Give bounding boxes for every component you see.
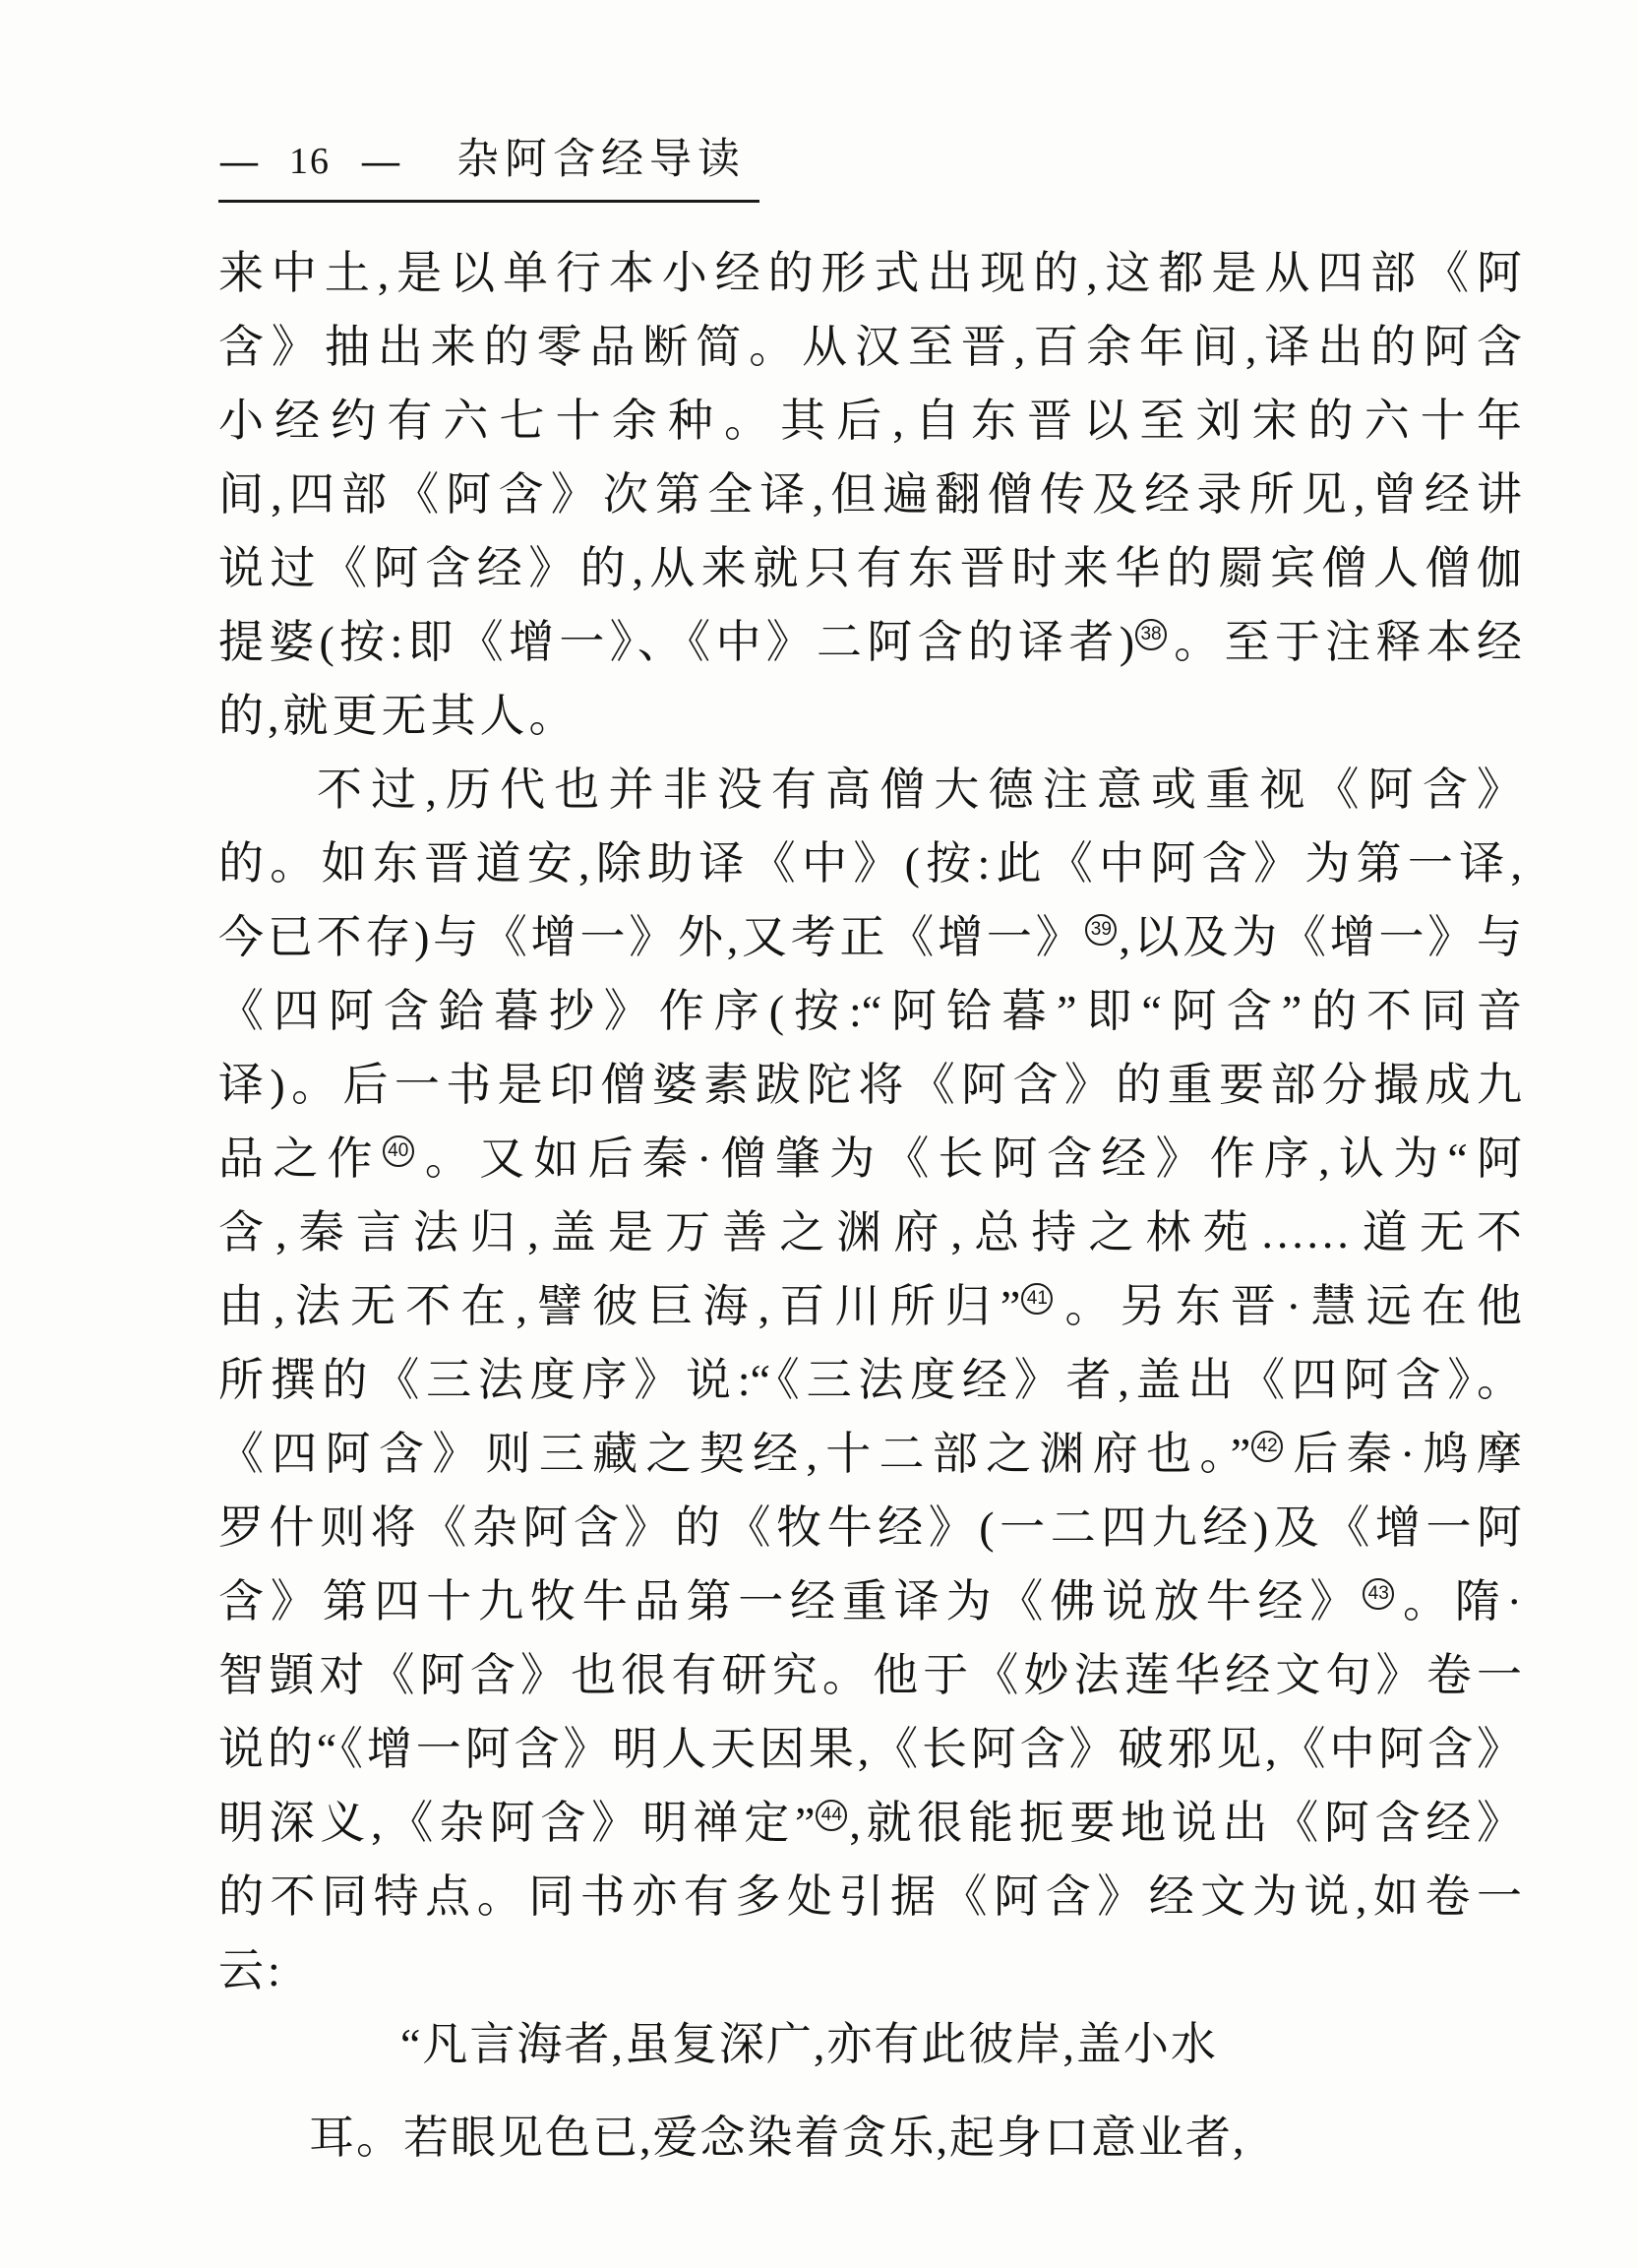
text-line: 云: xyxy=(218,1933,1522,2007)
text-line: 所撰的《三法度序》说:“《三法度经》者,盖出《四阿含》。 xyxy=(218,1343,1522,1417)
text-line: 《四阿含鉿暮抄》作序(按:“阿铪暮”即“阿含”的不同音 xyxy=(218,974,1522,1048)
text-line: 间,四部《阿含》次第全译,但遍翻僧传及经录所见,曾经讲 xyxy=(218,458,1522,531)
text-line: 智顗对《阿含》也很有研究。他于《妙法莲华经文句》卷一 xyxy=(218,1638,1522,1712)
book-page: — 16 — 杂阿含经导读 来中土,是以单行本小经的形式出现的,这都是从四部《阿… xyxy=(0,0,1637,2268)
quote-line: “凡言海者,虽复深广,亦有此彼岸,盖小水 xyxy=(218,1997,1522,2091)
footnote-marker: 41 xyxy=(1021,1283,1053,1315)
text-line: 不过,历代也并非没有高僧大德注意或重视《阿含》 xyxy=(218,753,1522,827)
text-line: 含,秦言法归,盖是万善之渊府,总持之林苑……道无不 xyxy=(218,1195,1522,1269)
footnote-marker: 43 xyxy=(1363,1578,1394,1610)
page-header: — 16 — 杂阿含经导读 xyxy=(218,126,759,203)
text-line: 来中土,是以单行本小经的形式出现的,这都是从四部《阿 xyxy=(218,236,1522,310)
text-line: 品之作40。又如后秦·僧肇为《长阿含经》作序,认为“阿 xyxy=(218,1122,1522,1195)
quote-line: 耳。若眼见色已,爱念染着贪乐,起身口意业者, xyxy=(218,2091,1522,2184)
footnote-marker: 44 xyxy=(816,1800,847,1831)
text-line: 说的“《增一阿含》明人天因果,《长阿含》破邪见,《中阿含》 xyxy=(218,1712,1522,1786)
text-line: 的,就更无其人。 xyxy=(218,679,1522,753)
text-line: 含》第四十九牧牛品第一经重译为《佛说放牛经》43。隋· xyxy=(218,1564,1522,1638)
footnote-marker: 38 xyxy=(1135,619,1167,650)
text-line: 提婆(按:即《增一》、《中》二阿含的译者)38。至于注释本经 xyxy=(218,605,1522,679)
text-line: 罗什则将《杂阿含》的《牧牛经》(一二四九经)及《增一阿 xyxy=(218,1491,1522,1564)
text-line: 译)。后一书是印僧婆素跋陀将《阿含》的重要部分撮成九 xyxy=(218,1048,1522,1122)
text-line: 今已不存)与《增一》外,又考正《增一》39,以及为《增一》与 xyxy=(218,900,1522,974)
header-dash-left: — xyxy=(220,140,258,183)
footnote-marker: 42 xyxy=(1251,1431,1283,1462)
text-line: 《四阿含》则三藏之契经,十二部之渊府也。”42后秦·鸠摩 xyxy=(218,1417,1522,1491)
header-dash-right: — xyxy=(362,140,399,183)
text-line: 说过《阿含经》的,从来就只有东晋时来华的罽宾僧人僧伽 xyxy=(218,531,1522,605)
text-line: 小经约有六七十余种。其后,自东晋以至刘宋的六十年 xyxy=(218,384,1522,458)
text-line: 含》抽出来的零品断简。从汉至晋,百余年间,译出的阿含 xyxy=(218,310,1522,384)
text-line: 明深义,《杂阿含》明禅定”44,就很能扼要地说出《阿含经》 xyxy=(218,1786,1522,1860)
text-line: 的。如东晋道安,除助译《中》(按:此《中阿含》为第一译, xyxy=(218,827,1522,900)
footnote-marker: 40 xyxy=(383,1135,414,1167)
footnote-marker: 39 xyxy=(1085,914,1117,946)
page-body: 来中土,是以单行本小经的形式出现的,这都是从四部《阿含》抽出来的零品断简。从汉至… xyxy=(218,236,1522,2007)
quote-block: “凡言海者,虽复深广,亦有此彼岸,盖小水耳。若眼见色已,爱念染着贪乐,起身口意业… xyxy=(218,1997,1522,2184)
page-number: 16 xyxy=(289,140,331,183)
book-title: 杂阿含经导读 xyxy=(456,126,746,186)
text-line: 由,法无不在,譬彼巨海,百川所归”41。另东晋·慧远在他 xyxy=(218,1269,1522,1343)
text-line: 的不同特点。同书亦有多处引据《阿含》经文为说,如卷一 xyxy=(218,1860,1522,1933)
